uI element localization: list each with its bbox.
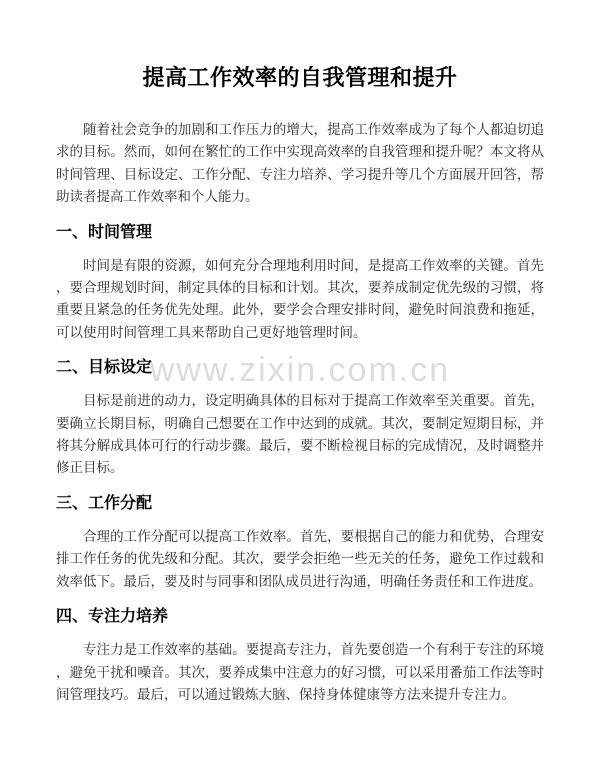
section-paragraph-focus-cultivation: 专注力是工作效率的基础。要提高专注力，首先要创造一个有利于专注的环境，避免干扰和… [56,639,544,706]
document-title: 提高工作效率的自我管理和提升 [56,62,544,94]
section-paragraph-goal-setting: 目标是前进的动力，设定明确具体的目标对于提高工作效率至关重要。首先，要确立长期目… [56,390,544,480]
intro-paragraph: 随着社会竞争的加剧和工作压力的增大，提高工作效率成为了每个人都迫切追求的目标。然… [56,119,544,209]
document-page: { "title": "提高工作效率的自我管理和提升", "watermark"… [0,0,600,776]
document-content: 提高工作效率的自我管理和提升 随着社会竞争的加剧和工作压力的增大，提高工作效率成… [0,0,600,706]
section-heading-goal-setting: 二、目标设定 [56,357,544,379]
section-heading-work-allocation: 三、工作分配 [56,493,544,515]
section-heading-time-management: 一、时间管理 [56,222,544,244]
section-paragraph-work-allocation: 合理的工作分配可以提高工作效率。首先，要根据自己的能力和优势，合理安排工作任务的… [56,526,544,593]
section-heading-focus-cultivation: 四、专注力培养 [56,606,544,628]
section-paragraph-time-management: 时间是有限的资源，如何充分合理地利用时间，是提高工作效率的关键。首先，要合理规划… [56,255,544,345]
